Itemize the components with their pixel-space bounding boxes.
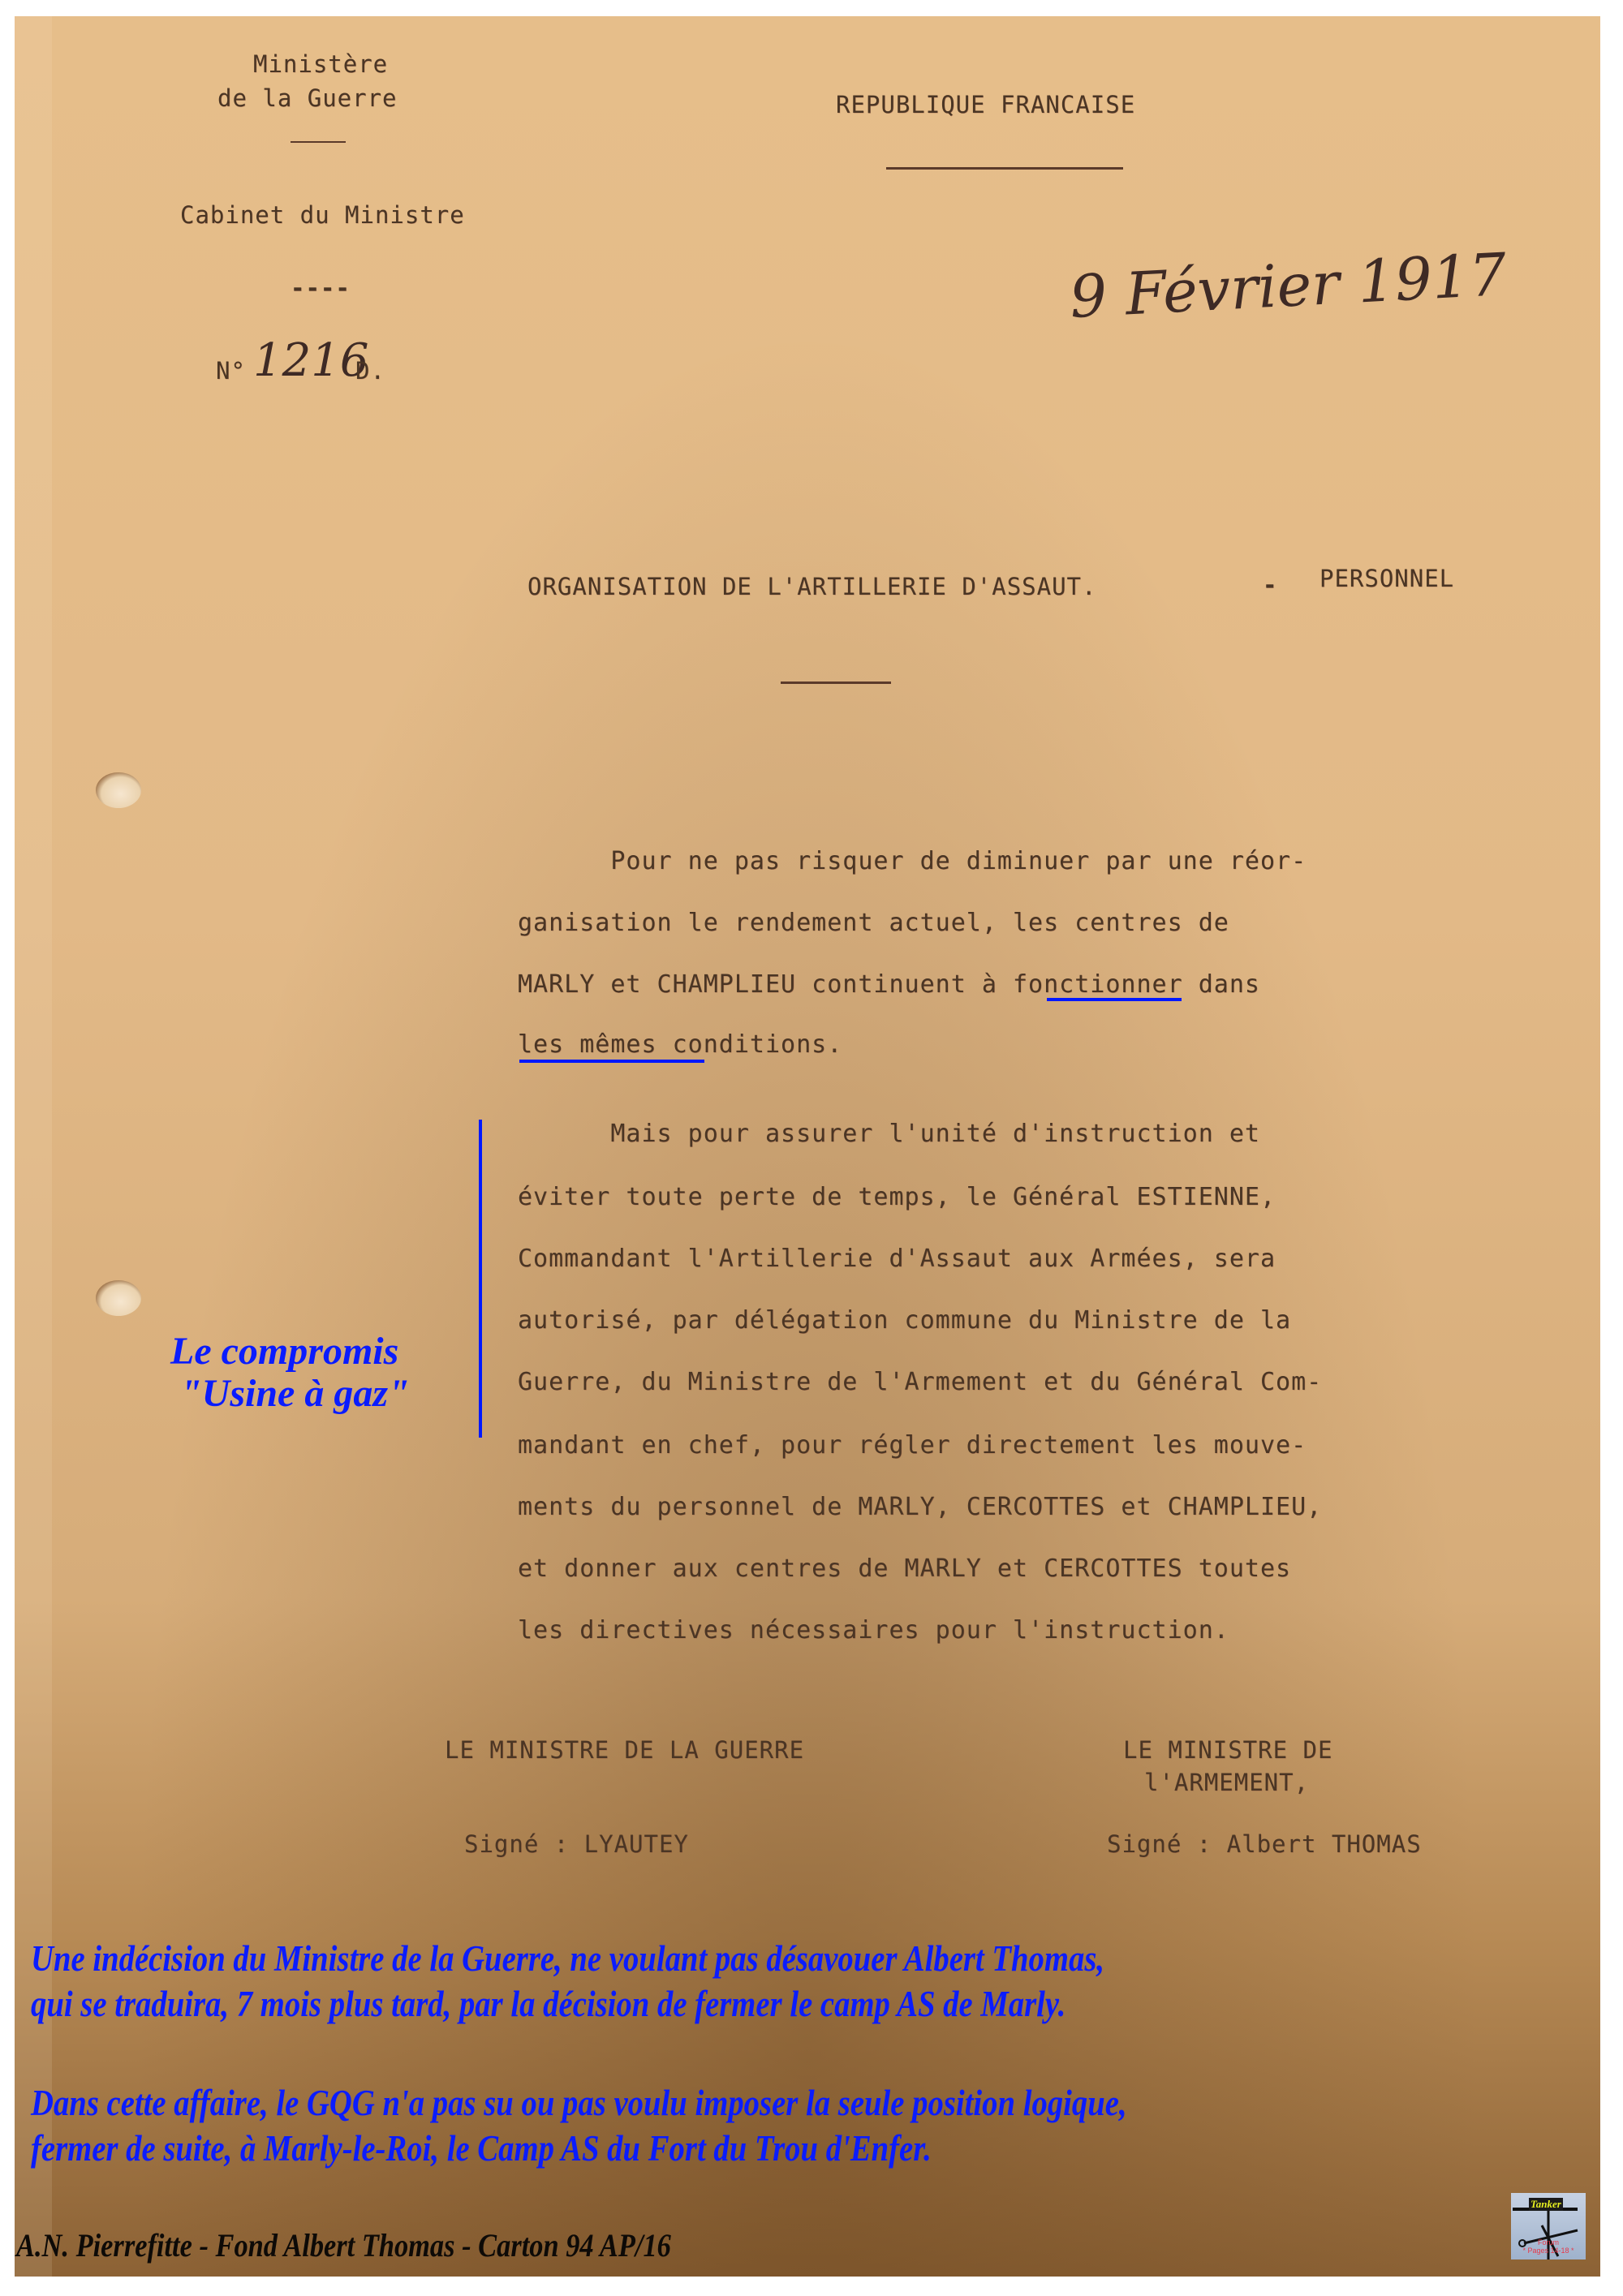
body-p1-line3: MARLY et CHAMPLIEU continuent à fonction… xyxy=(518,970,1260,999)
body-p2-line2: éviter toute perte de temps, le Général … xyxy=(518,1183,1276,1211)
cabinet-dashes: ---- xyxy=(291,274,351,302)
logo-title: Tanker xyxy=(1529,2198,1563,2211)
source-citation: A.N. Pierrefitte - Fond Albert Thomas - … xyxy=(16,2226,671,2264)
date-handwritten: 9 Février 1917 xyxy=(1068,240,1508,331)
commentary-2-line1: Dans cette affaire, le GQG n'a pas su ou… xyxy=(31,2082,1127,2124)
tanker-forum-logo: Tanker Forum * Pages 14-18 * xyxy=(1511,2193,1586,2259)
margin-annotation-bar xyxy=(479,1120,482,1438)
body-p2-line1: Mais pour assurer l'unité d'instruction … xyxy=(518,1120,1260,1148)
number-suffix: D. xyxy=(355,357,385,385)
subject-rule xyxy=(781,681,891,684)
document-page: Ministère de la Guerre Cabinet du Minist… xyxy=(15,16,1600,2277)
highlight-underline-2 xyxy=(519,1060,704,1063)
signature-right-title-line1: LE MINISTRE DE xyxy=(1123,1736,1332,1764)
body-p1-line2: ganisation le rendement actuel, les cent… xyxy=(518,909,1229,937)
body-p2-line8: et donner aux centres de MARLY et CERCOT… xyxy=(518,1554,1291,1583)
commentary-1-line2: qui se traduira, 7 mois plus tard, par l… xyxy=(31,1983,1065,2025)
signature-left-signed: Signé : LYAUTEY xyxy=(464,1830,689,1858)
ministry-line1: Ministère xyxy=(253,50,388,78)
number-handwritten: 1216 xyxy=(253,334,369,387)
logo-subtitle-line2: * Pages 14-18 * xyxy=(1514,2247,1582,2255)
body-p2-line7: ments du personnel de MARLY, CERCOTTES e… xyxy=(518,1493,1322,1521)
margin-note-line1: Le compromis xyxy=(170,1329,398,1374)
commentary-1-line1: Une indécision du Ministre de la Guerre,… xyxy=(31,1937,1104,1980)
logo-subtitle-line1: Forum xyxy=(1514,2238,1582,2247)
signature-left-title: LE MINISTRE DE LA GUERRE xyxy=(445,1736,804,1764)
highlight-underline-1 xyxy=(1047,998,1182,1001)
republic-label: REPUBLIQUE FRANCAISE xyxy=(836,91,1135,118)
signature-right-title-line2: l'ARMEMENT, xyxy=(1144,1769,1309,1796)
letterhead-rule-left xyxy=(291,141,346,143)
subject-title: ORGANISATION DE L'ARTILLERIE D'ASSAUT. xyxy=(527,573,1096,600)
margin-note-line2: "Usine à gaz" xyxy=(180,1371,410,1416)
number-prefix: N° xyxy=(216,357,246,385)
signature-right-signed: Signé : Albert THOMAS xyxy=(1107,1830,1422,1858)
body-p2-line4: autorisé, par délégation commune du Mini… xyxy=(518,1306,1291,1335)
letterhead-rule-right xyxy=(886,167,1123,170)
body-p1-line1: Pour ne pas risquer de diminuer par une … xyxy=(518,847,1307,875)
body-p2-line9: les directives nécessaires pour l'instru… xyxy=(518,1616,1229,1645)
ministry-line2: de la Guerre xyxy=(217,84,398,112)
logo-subtitle: Forum * Pages 14-18 * xyxy=(1514,2238,1582,2255)
body-p2-line6: mandant en chef, pour régler directement… xyxy=(518,1431,1307,1460)
body-p2-line3: Commandant l'Artillerie d'Assaut aux Arm… xyxy=(518,1245,1276,1273)
punch-hole-bottom xyxy=(96,1280,141,1316)
body-p2-line5: Guerre, du Ministre de l'Armement et du … xyxy=(518,1368,1322,1396)
cabinet-label: Cabinet du Ministre xyxy=(180,201,465,229)
punch-hole-top xyxy=(96,772,141,808)
commentary-2-line2: fermer de suite, à Marly-le-Roi, le Camp… xyxy=(31,2127,932,2169)
subject-separator: - xyxy=(1263,571,1277,599)
body-p1-line4: les mêmes conditions. xyxy=(518,1030,842,1059)
subject-category: PERSONNEL xyxy=(1319,565,1454,592)
